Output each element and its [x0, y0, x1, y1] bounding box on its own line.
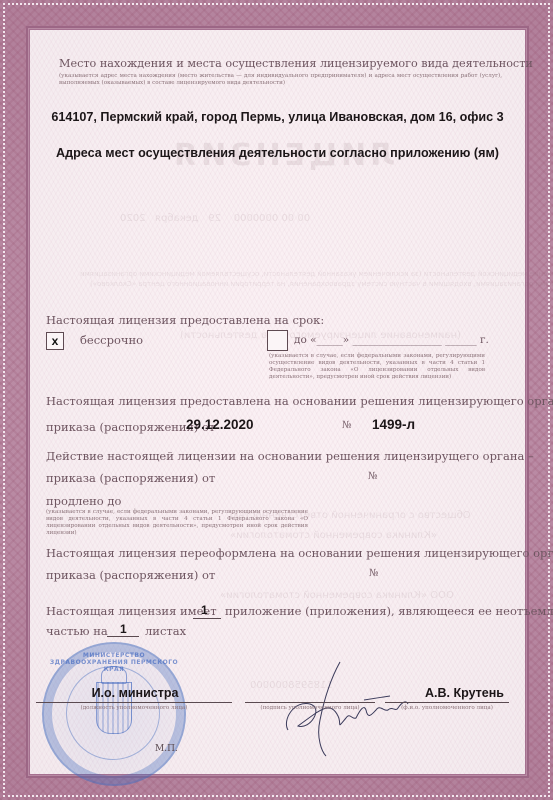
name-underline: [385, 702, 509, 703]
appendix-count-underline: [193, 618, 221, 619]
bleed-through-line: 00 00 0000000 29 декабря 2020: [120, 213, 310, 224]
activity-addresses: Адреса мест осуществления деятельности с…: [30, 146, 525, 160]
until-date-hint: (указывается в случае, если федеральными…: [269, 353, 485, 381]
license-page: ЛИЦЕНЗИЯ 00 00 0000000 29 декабря 2020 н…: [29, 29, 526, 775]
extended-until-hint: (указывается в случае, если федеральными…: [46, 509, 308, 537]
grant-number-sign: №: [342, 420, 351, 431]
until-date-field: до «_____» _________________ ______ г.: [294, 334, 489, 346]
extension-line2: приказа (распоряжения) от: [46, 471, 215, 485]
signatory-name: А.В. Крутень: [388, 686, 504, 700]
official-seal: МИНИСТЕРСТВО ЗДРАВООХРАНЕНИЯ ПЕРМСКОГО К…: [42, 642, 186, 786]
extended-until-label: продлено до: [46, 494, 121, 508]
extension-number-sign: №: [368, 471, 377, 482]
seal-mark: М.П.: [155, 744, 178, 754]
until-date-checkbox[interactable]: [267, 330, 288, 351]
appendix-count-prefix: Настоящая лицензия имеет: [46, 604, 217, 618]
reissue-number-sign: №: [369, 568, 378, 579]
signatory-position: И.о. министра: [70, 686, 200, 700]
appendix-sheets-suffix: листах: [145, 624, 186, 638]
extension-line1: Действие настоящей лицензии на основании…: [46, 449, 534, 463]
position-underline: [36, 702, 232, 703]
signature-hint: (подпись уполномоченного лица): [245, 705, 375, 712]
appendix-sheets-prefix: частью на: [46, 624, 108, 638]
appendix-sheets: 1: [120, 622, 127, 636]
indefinite-checkbox[interactable]: x: [46, 332, 64, 350]
appendix-count: 1: [201, 603, 208, 617]
location-heading: Место нахождения и места осуществления л…: [59, 57, 502, 70]
grant-basis-line1: Настоящая лицензия предоставлена на осно…: [46, 394, 553, 408]
indefinite-label: бессрочно: [80, 333, 143, 347]
signature-underline: [245, 702, 375, 703]
bleed-through-line: и другими организациями, входящими в час…: [90, 280, 553, 288]
reissue-line2: приказа (распоряжения) от: [46, 568, 215, 582]
term-label: Настоящая лицензия предоставлена на срок…: [46, 313, 324, 327]
seal-text: МИНИСТЕРСТВО ЗДРАВООХРАНЕНИЯ ПЕРМСКОГО К…: [44, 652, 184, 673]
bleed-through-line: на осуществление медицинской деятельност…: [80, 270, 553, 278]
grant-order-number: 1499-л: [372, 417, 415, 432]
location-hint: (указывается адрес места нахождения (мес…: [59, 73, 502, 87]
reissue-line1: Настоящая лицензия переоформлена на осно…: [46, 546, 553, 560]
appendix-count-suffix: приложение (приложения), являющееся ее н…: [225, 604, 553, 618]
appendix-sheets-underline: [107, 636, 139, 637]
grant-order-date: 29.12.2020: [186, 417, 254, 432]
license-address: 614107, Пермский край, город Пермь, улиц…: [30, 110, 525, 124]
bleed-through-line: ООО «Клиника современной стоматологии»: [220, 590, 454, 601]
name-hint: (ф.и.о. уполномоченного лица): [385, 705, 509, 712]
position-hint: (должность уполномоченного лица): [36, 705, 232, 712]
